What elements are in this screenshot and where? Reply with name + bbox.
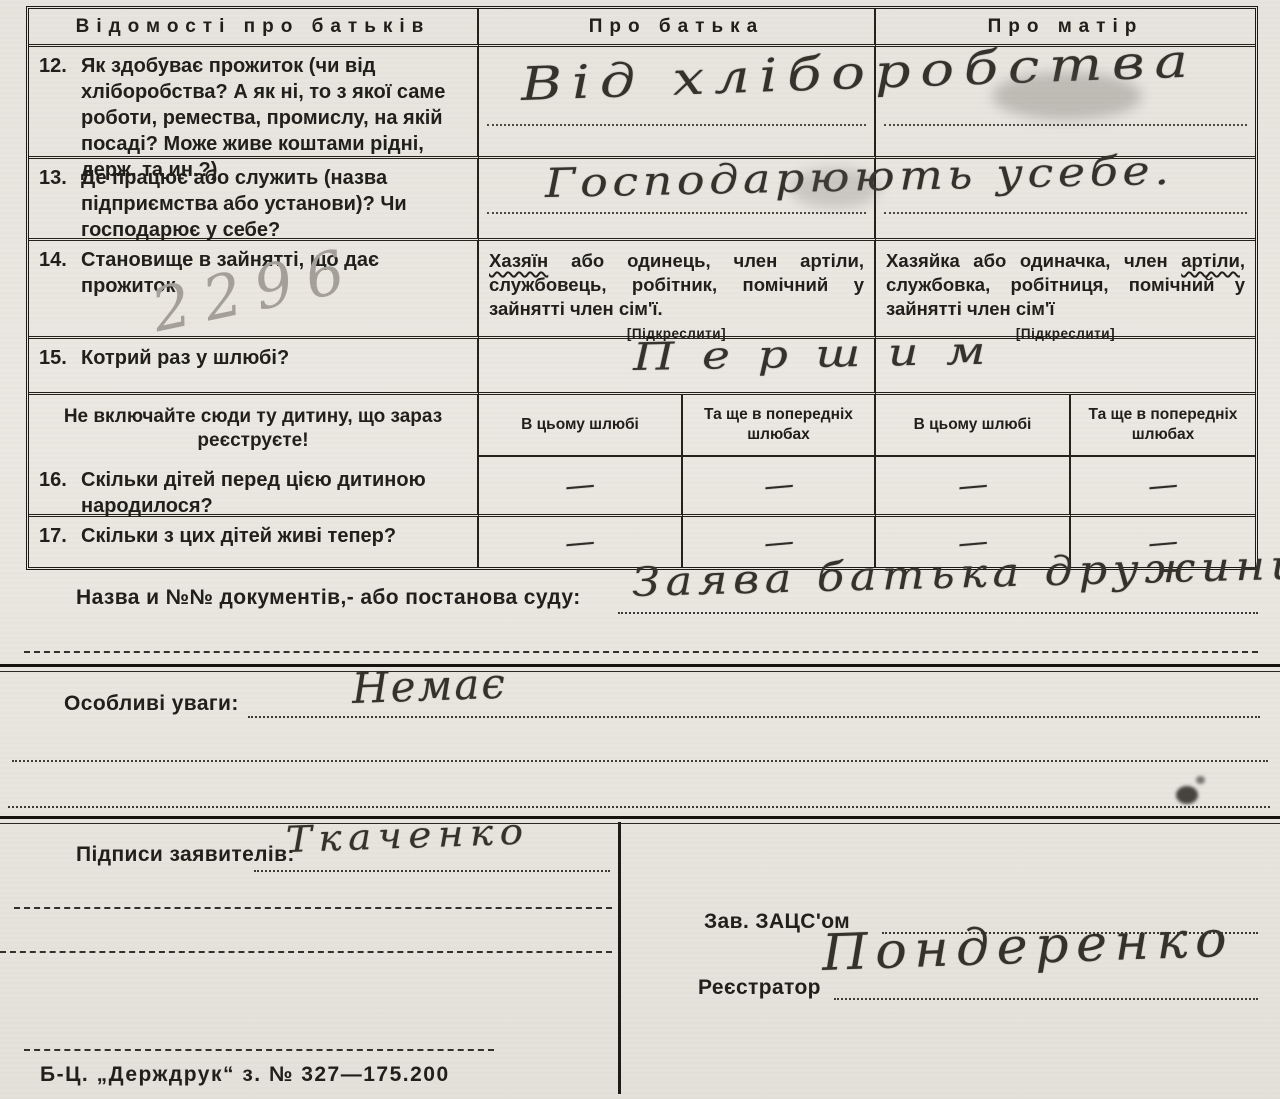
blank-line	[8, 806, 1270, 808]
question-15-text: Котрий раз у шлюбі?	[81, 345, 467, 371]
handwritten-applicant-signature: Ткаченко	[285, 812, 530, 861]
dash-mark: —	[956, 467, 989, 504]
blank-line	[12, 760, 1268, 762]
answer-16-cell: —	[876, 457, 1071, 517]
registrar-label: Реєстратор	[698, 976, 821, 1000]
ink-blot	[1196, 776, 1205, 784]
documents-label: Назва и №№ документів,- або постанова су…	[76, 586, 581, 610]
question-13-text: Де працює або служить (назва підприємств…	[81, 165, 467, 243]
question-16-text: Скільки дітей перед цією дитиною народил…	[81, 467, 467, 519]
dash-mark: —	[1147, 467, 1180, 504]
dash-mark: —	[564, 467, 597, 504]
children-note-cell: Не включайте сюди ту дитину, що зараз ре…	[29, 395, 479, 517]
status-options-mother: Хазяйка або одиначка, член артіли, служб…	[876, 241, 1255, 339]
question-16: 16. Скільки дітей перед цією дитиною нар…	[39, 467, 467, 519]
dotted-answer-line	[884, 124, 1247, 126]
header-father: Про батька	[479, 9, 876, 47]
question-13: 13. Де працює або служить (назва підприє…	[29, 159, 479, 241]
blank-line	[24, 651, 1258, 653]
answer-16-cell: —	[683, 457, 876, 517]
section-divider	[0, 664, 1280, 672]
question-17-number: 17.	[39, 523, 81, 549]
registrar-dotted-line	[834, 998, 1258, 1000]
signature-dotted-line	[254, 870, 610, 872]
blank-line	[14, 907, 612, 909]
answer-16-cell: —	[479, 457, 683, 517]
exclude-child-note: Не включайте сюди ту дитину, що зараз ре…	[47, 405, 459, 453]
subheader-father-this-marriage: В цьому шлюбі	[479, 395, 683, 457]
dash-mark: —	[762, 467, 795, 504]
answer-16-cell: —	[1071, 457, 1255, 517]
status-options-father: Хазяїн або одинець, член артіли, службов…	[479, 241, 876, 339]
remarks-dotted-line	[248, 716, 1260, 718]
section-divider	[0, 816, 1280, 824]
status-mother-underlined: артіли	[1181, 250, 1240, 271]
question-17-text: Скільки з цих дітей живі тепер?	[81, 523, 467, 549]
blank-line	[0, 951, 612, 953]
question-17: 17. Скільки з цих дітей живі тепер?	[29, 517, 479, 567]
ink-blot	[1176, 786, 1198, 804]
remarks-label: Особливі уваги:	[64, 692, 239, 716]
dash-mark: —	[564, 523, 597, 560]
header-parents: Відомості про батьків	[29, 9, 479, 47]
handwritten-answer-15: Першим	[633, 328, 1014, 379]
documents-dotted-line	[618, 612, 1258, 614]
parents-info-table: Відомості про батьків Про батька Про мат…	[26, 6, 1258, 570]
footer-line	[24, 1049, 494, 1051]
subheader-father-previous-marriages: Та ще в попередніх шлюбах	[683, 395, 876, 457]
question-15: 15. Котрий раз у шлюбі?	[29, 339, 479, 395]
dotted-answer-line	[884, 212, 1247, 214]
question-12: 12. Як здобуває прожиток (чи від хліборо…	[29, 47, 479, 159]
applicant-signatures-label: Підписи заявителів:	[76, 843, 295, 867]
dotted-answer-line	[487, 212, 866, 214]
question-15-number: 15.	[39, 345, 81, 371]
print-house-imprint: Б-Ц. „Держдрук“ з. № 327—175.200	[40, 1063, 450, 1087]
dotted-answer-line	[487, 124, 866, 126]
subheader-mother-previous-marriages: Та ще в попередніх шлюбах	[1071, 395, 1255, 457]
status-mother-pre: Хазяйка або одиначка, член	[886, 250, 1181, 271]
question-13-number: 13.	[39, 165, 81, 191]
question-12-number: 12.	[39, 53, 81, 79]
bottom-column-divider	[618, 822, 621, 1094]
handwritten-remarks-answer: Немає	[351, 659, 507, 713]
subheader-mother-this-marriage: В цьому шлюбі	[876, 395, 1071, 457]
handwritten-registrar-signature: Пондеренко	[821, 910, 1235, 982]
question-14-number: 14.	[39, 247, 81, 273]
scanned-registration-form: Відомості про батьків Про батька Про мат…	[0, 0, 1280, 1099]
question-16-number: 16.	[39, 467, 81, 519]
status-father-underlined: Хазяїн	[489, 250, 548, 271]
